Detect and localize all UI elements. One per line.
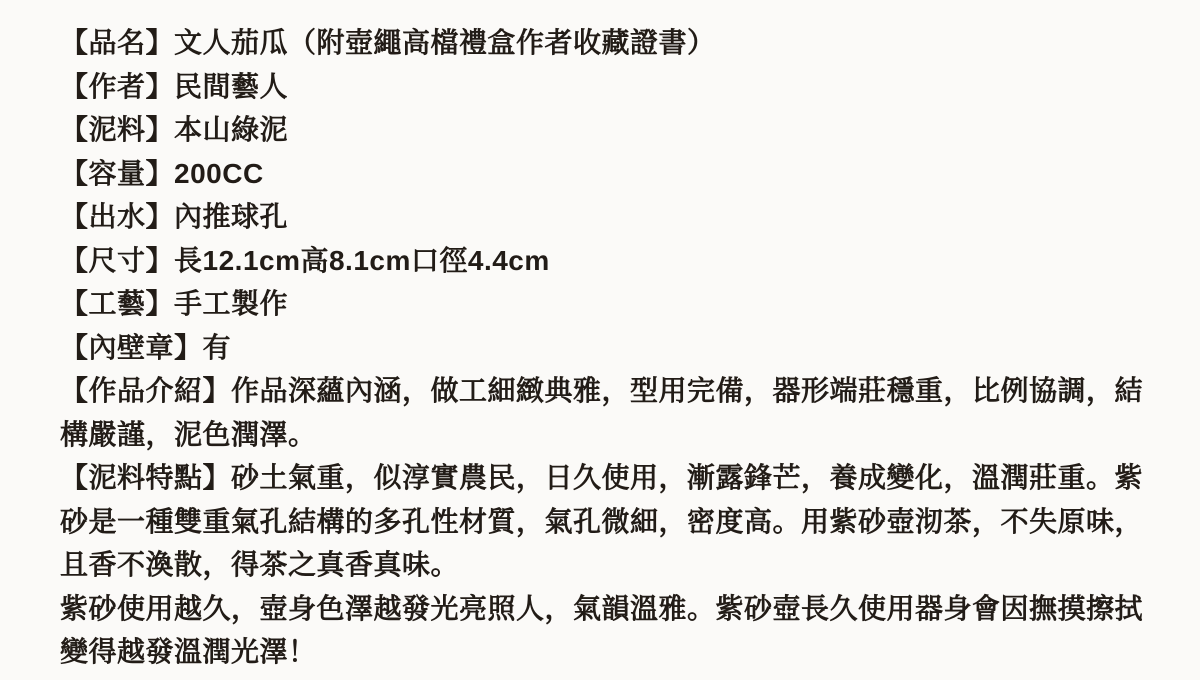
spec-row-dimensions: 【尺寸】長12.1cm高8.1cm口徑4.4cm <box>60 239 1152 283</box>
paragraph-work-introduction: 【作品介紹】作品深蘊內涵，做工細緻典雅，型用完備，器形端莊穩重，比例協調，結構嚴… <box>60 369 1152 456</box>
spec-value: 本山綠泥 <box>174 114 288 145</box>
spec-row-capacity: 【容量】200CC <box>60 152 1152 196</box>
spec-value: 內推球孔 <box>174 201 288 232</box>
spec-label: 【作者】 <box>60 71 174 102</box>
paragraph-label: 【泥料特點】 <box>60 462 231 493</box>
paragraph-text: 紫砂使用越久，壺身色澤越發光亮照人，氣韻溫雅。紫砂壺長久使用器身會因撫摸擦拭變得… <box>60 593 1143 668</box>
spec-value: 民間藝人 <box>174 71 288 102</box>
spec-label: 【工藝】 <box>60 288 174 319</box>
spec-row-water-outlet: 【出水】內推球孔 <box>60 195 1152 239</box>
paragraph-usage-note: 紫砂使用越久，壺身色澤越發光亮照人，氣韻溫雅。紫砂壺長久使用器身會因撫摸擦拭變得… <box>60 587 1152 674</box>
spec-row-author: 【作者】民間藝人 <box>60 65 1152 109</box>
paragraph-label: 【作品介紹】 <box>60 375 231 406</box>
spec-label: 【品名】 <box>60 27 174 58</box>
spec-value: 有 <box>203 332 232 363</box>
paragraph-clay-features: 【泥料特點】砂土氣重，似淳實農民，日久使用，漸露鋒芒，養成變化，溫潤莊重。紫砂是… <box>60 456 1152 587</box>
spec-row-clay-material: 【泥料】本山綠泥 <box>60 108 1152 152</box>
spec-row-inner-seal: 【內壁章】有 <box>60 326 1152 370</box>
spec-value: 長12.1cm高8.1cm口徑4.4cm <box>174 245 550 276</box>
spec-label: 【內壁章】 <box>60 332 203 363</box>
spec-label: 【容量】 <box>60 158 174 189</box>
spec-value: 200CC <box>174 158 264 189</box>
spec-label: 【尺寸】 <box>60 245 174 276</box>
spec-label: 【出水】 <box>60 201 174 232</box>
product-description-document: 【品名】文人茄瓜（附壺繩高檔禮盒作者收藏證書） 【作者】民間藝人 【泥料】本山綠… <box>60 21 1152 674</box>
spec-row-product-name: 【品名】文人茄瓜（附壺繩高檔禮盒作者收藏證書） <box>60 21 1152 65</box>
spec-value: 手工製作 <box>174 288 288 319</box>
spec-label: 【泥料】 <box>60 114 174 145</box>
spec-row-craft: 【工藝】手工製作 <box>60 282 1152 326</box>
spec-value: 文人茄瓜（附壺繩高檔禮盒作者收藏證書） <box>174 27 716 58</box>
